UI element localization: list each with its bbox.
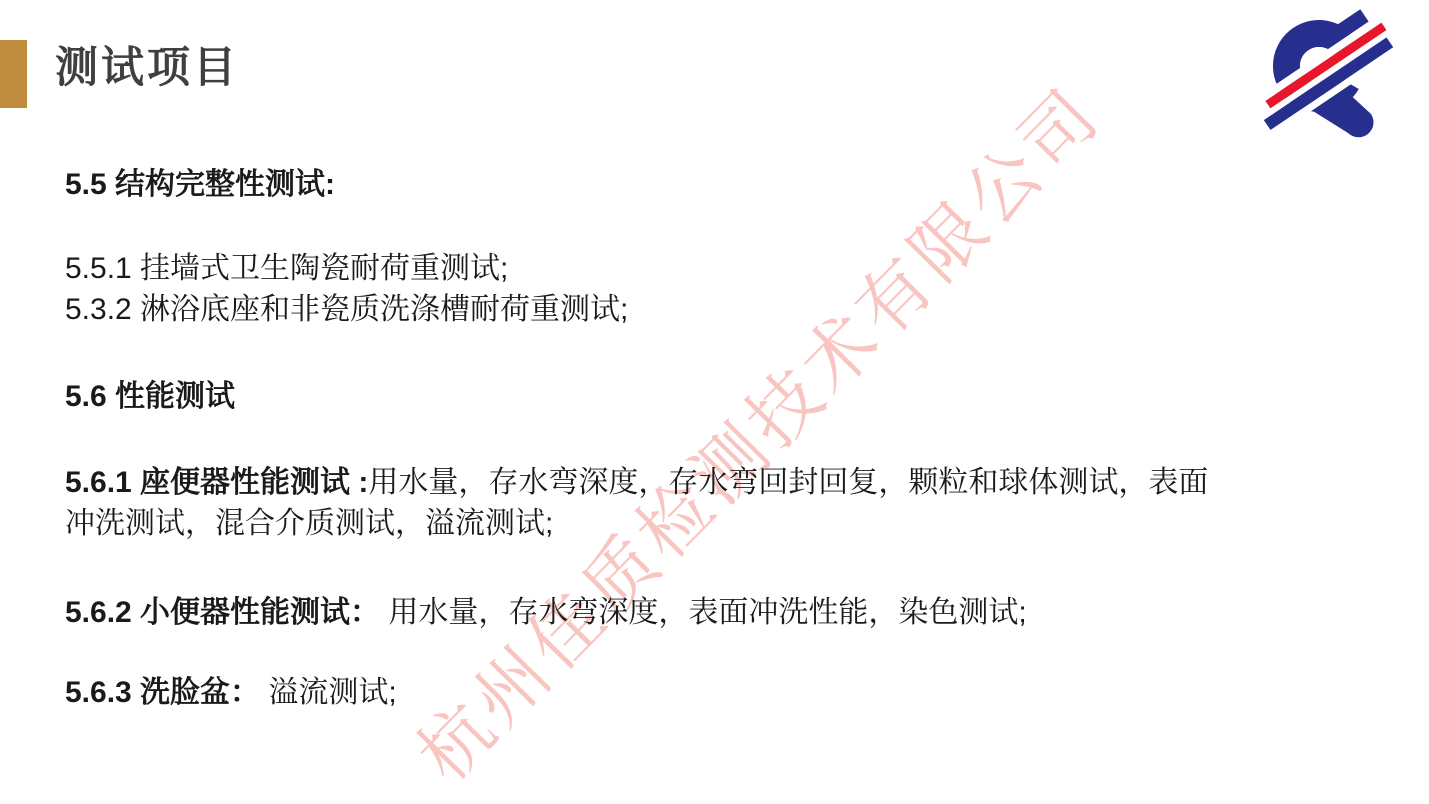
entry-label: 5.6.1 座便器性能测试 :	[65, 466, 368, 499]
entry-label: 5.6.3 洗脸盆：	[65, 676, 260, 709]
entry-text: 溢流测试;	[260, 676, 397, 709]
section-heading-5-5: 5.5 结构完整性测试:	[65, 164, 335, 205]
list-item: 5.5.1 挂墙式卫生陶瓷耐荷重测试;	[65, 248, 628, 289]
list-item: 5.3.2 淋浴底座和非瓷质洗涤槽耐荷重测试;	[65, 289, 628, 330]
company-logo-icon	[1243, 6, 1409, 138]
entry-label: 5.6.2 小便器性能测试：	[65, 596, 380, 629]
entry-text: 用水量，存水弯深度，表面冲洗性能，染色测试;	[380, 596, 1027, 629]
section-5-5-items: 5.5.1 挂墙式卫生陶瓷耐荷重测试; 5.3.2 淋浴底座和非瓷质洗涤槽耐荷重…	[65, 248, 628, 330]
paragraph-5-6-1: 5.6.1 座便器性能测试 :用水量，存水弯深度，存水弯回封回复，颗粒和球体测试…	[65, 462, 1230, 544]
paragraph-5-6-2: 5.6.2 小便器性能测试： 用水量，存水弯深度，表面冲洗性能，染色测试;	[65, 592, 1355, 633]
section-heading-5-6: 5.6 性能测试	[65, 376, 235, 417]
company-logo-svg	[1243, 6, 1409, 138]
accent-bar	[0, 40, 27, 108]
paragraph-5-6-3: 5.6.3 洗脸盆： 溢流测试;	[65, 672, 1265, 713]
page-title: 测试项目	[55, 40, 239, 96]
